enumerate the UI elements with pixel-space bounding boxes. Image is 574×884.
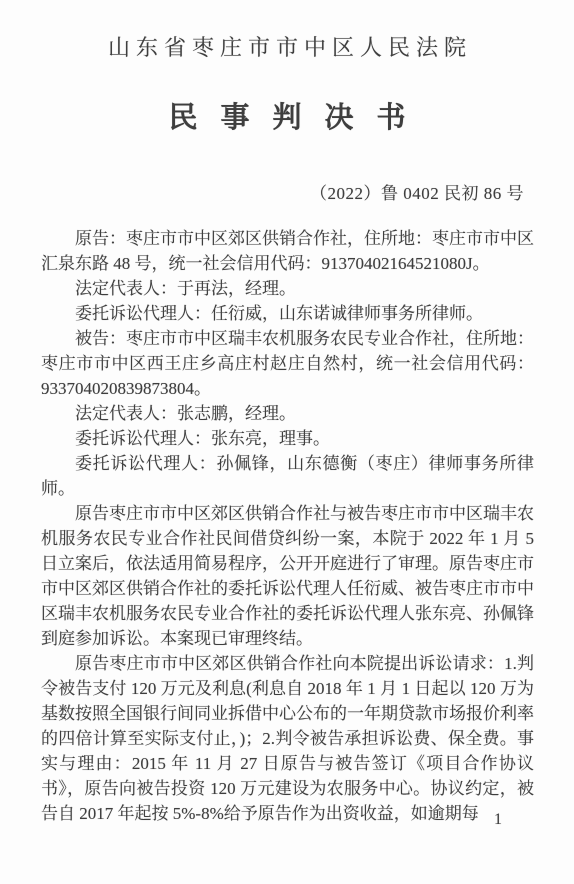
paragraph: 原告枣庄市市中区郊区供销合作社与被告枣庄市市中区瑞丰农机服务农民专业合作社民间借…: [41, 501, 534, 651]
paragraph: 被告：枣庄市市中区瑞丰农机服务农民专业合作社，住所地：枣庄市市中区西王庄乡高庄村…: [41, 326, 534, 401]
paragraph: 委托诉讼代理人：张东亮，理事。: [41, 426, 534, 451]
document-title: 民事判决书: [0, 95, 574, 136]
paragraph: 法定代表人：张志鹏，经理。: [41, 401, 534, 426]
document-body: 原告：枣庄市市中区郊区供销合作社，住所地：枣庄市市中区汇泉东路 48 号，统一社…: [41, 226, 534, 826]
paragraph: 委托诉讼代理人：任衍威，山东诺诚律师事务所律师。: [41, 301, 534, 326]
page-number: 1: [494, 811, 502, 829]
case-number: （2022）鲁 0402 民初 86 号: [310, 179, 524, 204]
judgment-document-page: 山东省枣庄市市中区人民法院 民事判决书 （2022）鲁 0402 民初 86 号…: [0, 0, 574, 884]
paragraph: 法定代表人：于再法，经理。: [41, 276, 534, 301]
paragraph: 委托诉讼代理人：孙佩锋，山东德衡（枣庄）律师事务所律师。: [41, 451, 534, 501]
court-name: 山东省枣庄市市中区人民法院: [0, 31, 574, 62]
paragraph: 原告枣庄市市中区郊区供销合作社向本院提出诉讼请求：1.判令被告支付 120 万元…: [41, 651, 534, 826]
paragraph: 原告：枣庄市市中区郊区供销合作社，住所地：枣庄市市中区汇泉东路 48 号，统一社…: [41, 226, 534, 276]
